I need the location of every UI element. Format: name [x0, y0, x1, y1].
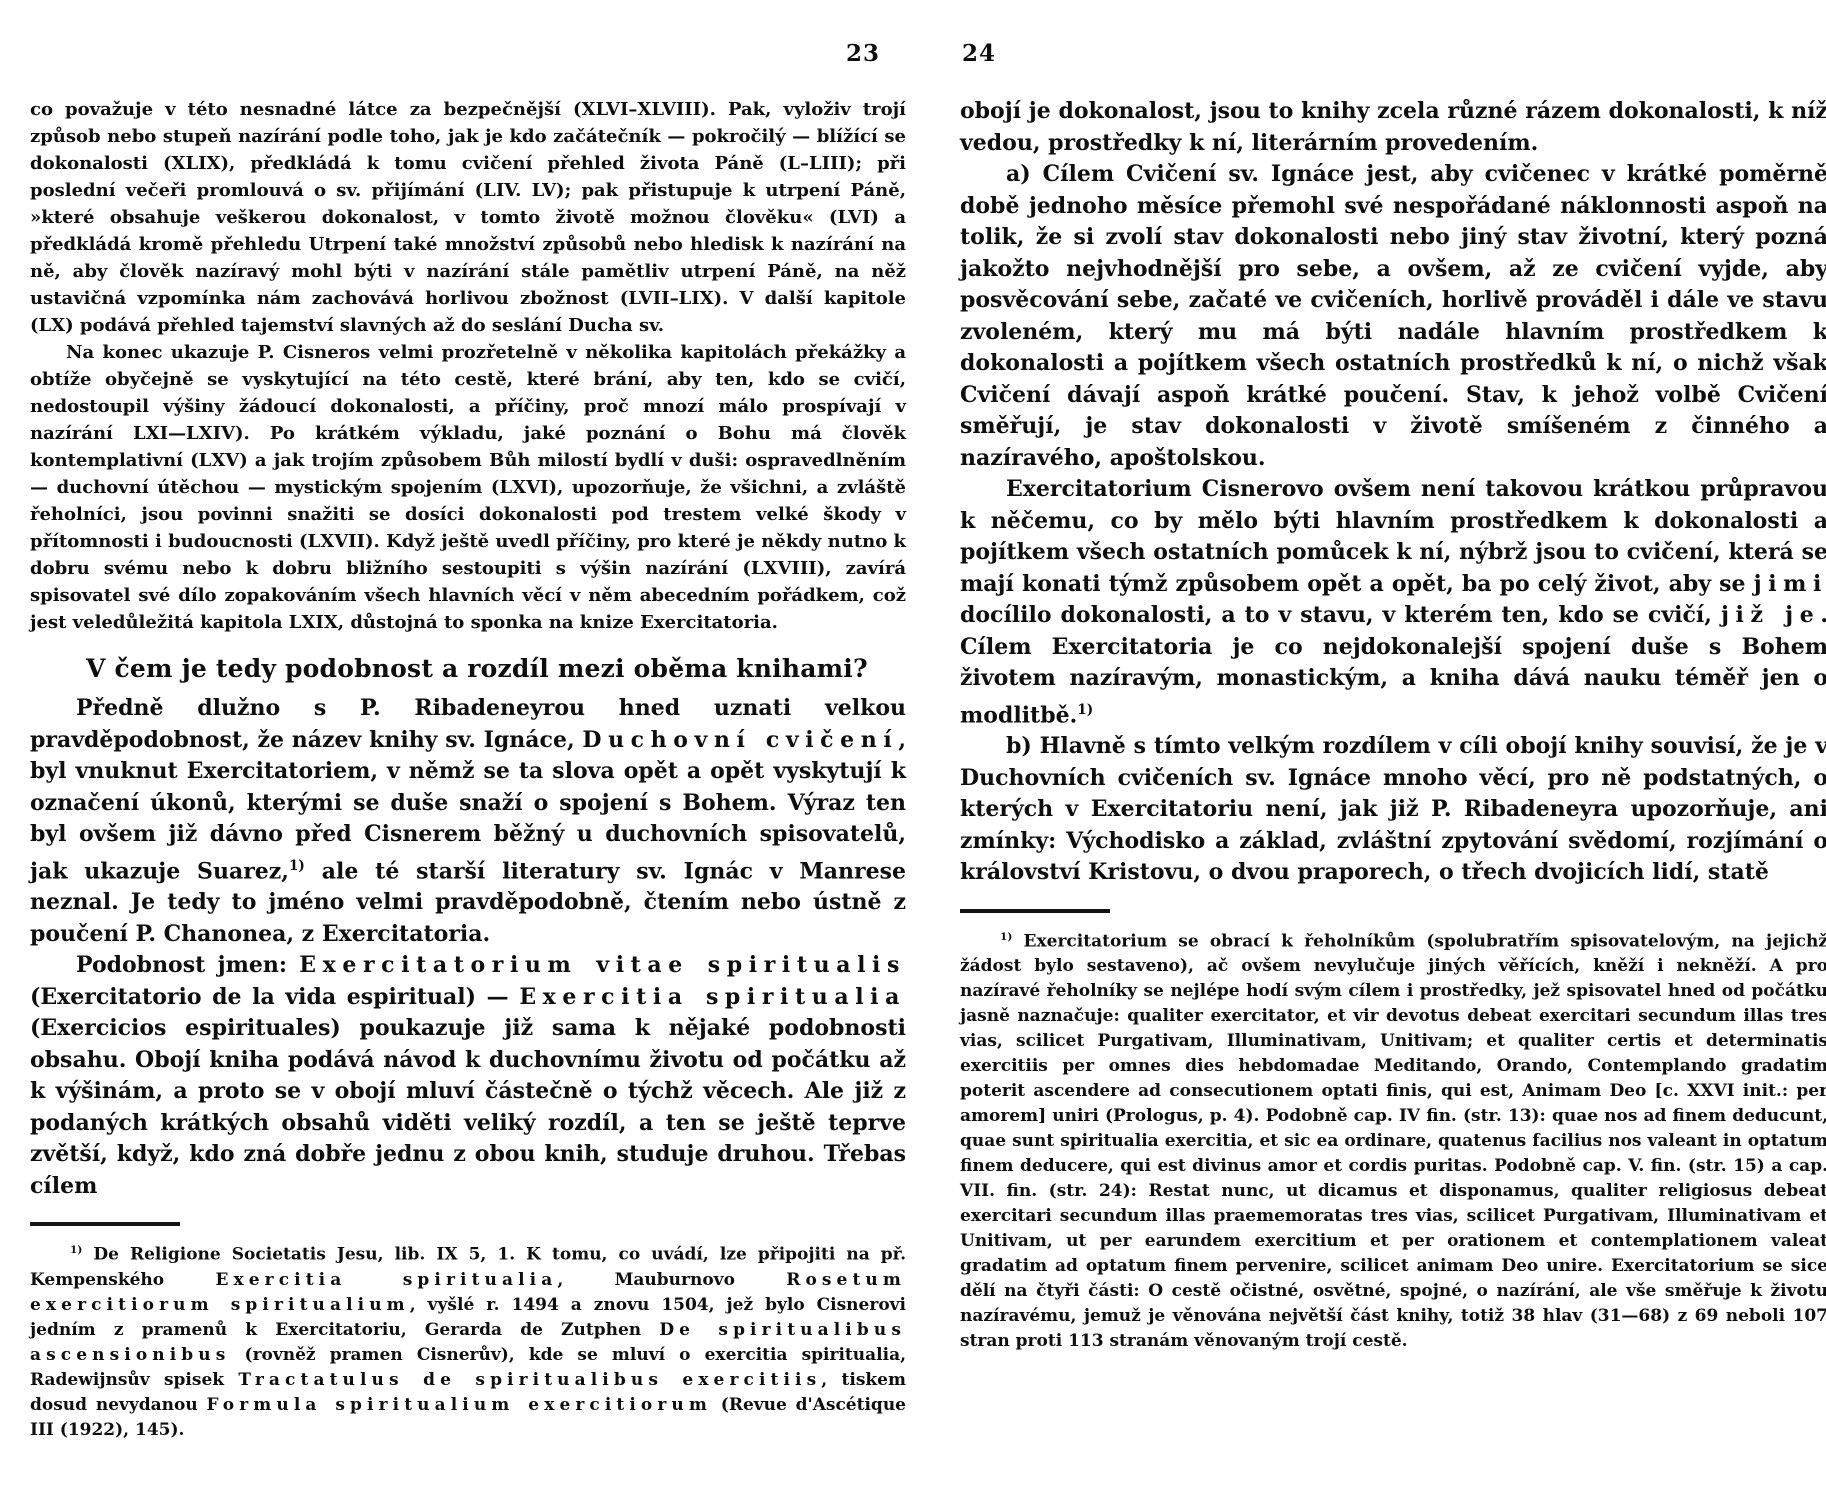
page-number-left: 23: [30, 40, 906, 70]
body-paragraph: a) Cílem Cvičení sv. Ignáce jest, aby cv…: [960, 159, 1826, 474]
footnote-marker: 1): [1000, 931, 1012, 943]
page-23-text-block: co považuje v této nesnadné látce za bez…: [30, 96, 906, 1443]
summary-paragraph: Na konec ukazuje P. Cisneros velmi prozř…: [30, 339, 906, 636]
body-paragraph: Exercitatorium Cisnerovo ovšem není tako…: [960, 474, 1826, 731]
footnote-marker: 1): [1077, 702, 1093, 718]
text-run: (Exercitatorio de la vida espiritual) —: [30, 984, 519, 1010]
emphasized-phrase: Exercitia spiritualia: [215, 1270, 557, 1290]
text-run: Podobnost jmen:: [76, 952, 299, 978]
footnote-divider: [30, 1222, 180, 1226]
footnote-marker: 1): [289, 858, 305, 874]
page-number-right: 24: [960, 40, 1826, 70]
section-heading: V čem je tedy podobnost a rozdíl mezi ob…: [30, 654, 906, 683]
body-paragraph: obojí je dokonalost, jsou to knihy zcela…: [960, 96, 1826, 159]
text-run: Exercitatorium se obrací k řeholníkům (s…: [960, 931, 1826, 1351]
emphasized-phrase: jimi: [1754, 571, 1826, 597]
book-spread: 23 co považuje v této nesnadné látce za …: [0, 0, 1826, 1500]
summary-paragraph: co považuje v této nesnadné látce za bez…: [30, 96, 906, 339]
footnote-text: 1) Exercitatorium se obrací k řeholníkům…: [960, 925, 1826, 1355]
emphasized-phrase: Duchovní cvičení: [582, 727, 898, 753]
footnote-marker: 1): [70, 1244, 82, 1256]
emphasized-phrase: Exercitia spiritualia: [519, 984, 906, 1010]
body-paragraph: Podobnost jmen: Exercitatorium vitae spi…: [30, 950, 906, 1202]
emphasized-phrase: Tractatulus de spiritualibus exercitiis: [238, 1370, 821, 1390]
text-run: a) Cílem Cvičení sv. Ignáce jest, aby cv…: [960, 161, 1826, 471]
emphasized-phrase: Exercitatorium vitae spiritualis: [299, 952, 906, 978]
text-run: b) Hlavně s tímto velkým rozdílem v cíli…: [960, 733, 1826, 885]
page-23: 23 co považuje v této nesnadné látce za …: [30, 0, 906, 1500]
body-paragraph: Předně dlužno s P. Ribadeneyrou hned uzn…: [30, 693, 906, 950]
footnote-divider: [960, 909, 1110, 913]
emphasized-phrase: Formula spiritualium exercitiorum: [207, 1395, 712, 1415]
text-run: , Mauburnovo: [557, 1270, 786, 1290]
text-run: docílilo dokonalosti, a to v stavu, v kt…: [960, 602, 1721, 628]
page-24: 24 obojí je dokonalost, jsou to knihy zc…: [960, 0, 1826, 1500]
emphasized-phrase: již je: [1721, 602, 1820, 628]
footnote-text: 1) De Religione Societatis Jesu, lib. IX…: [30, 1238, 906, 1443]
text-run: Na konec ukazuje P. Cisneros velmi prozř…: [30, 342, 906, 633]
text-run: obojí je dokonalost, jsou to knihy zcela…: [960, 98, 1826, 156]
text-run: Exercitatorium Cisnerovo ovšem není tako…: [960, 476, 1826, 597]
text-run: (Exercicios espirituales) poukazuje již …: [30, 1015, 906, 1199]
text-run: co považuje v této nesnadné látce za bez…: [30, 99, 906, 336]
page-24-text-block: obojí je dokonalost, jsou to knihy zcela…: [960, 96, 1826, 1354]
body-paragraph: b) Hlavně s tímto velkým rozdílem v cíli…: [960, 731, 1826, 889]
